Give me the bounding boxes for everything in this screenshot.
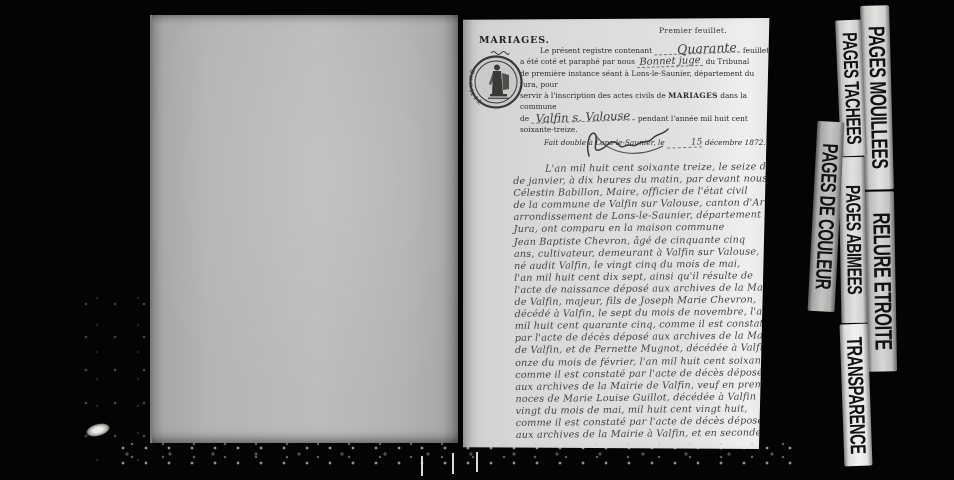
- form-text: Le présent registre contenant: [540, 46, 652, 55]
- form-text: décembre 1872.: [705, 138, 766, 147]
- scan-edge-tick: [421, 456, 423, 476]
- left-page-blank: [150, 15, 458, 443]
- form-line: Le présent registre contenant Quarante f…: [520, 45, 774, 56]
- form-text: de: [520, 114, 529, 123]
- condition-label-pages-abimees: PAGES ABIMEES: [839, 157, 868, 323]
- act-line: aux archives de la Mairie à Valfin, et e…: [516, 427, 782, 442]
- form-text: a été coté et paraphé par nous: [520, 57, 635, 66]
- condition-label-text: TRANSPARENCE: [841, 336, 870, 454]
- folio-note: Premier feuillet.: [659, 26, 727, 35]
- handwritten-fill-judge: Bonnet juge: [637, 57, 703, 68]
- condition-label-text: PAGES ABIMEES: [840, 185, 866, 295]
- right-page: Premier feuillet. MARIAGES. TIMBRE Le pr…: [463, 18, 770, 449]
- condition-label-pages-mouillees: PAGES MOUILLEES: [860, 5, 894, 190]
- timbre-stamp: TIMBRE: [469, 54, 523, 110]
- handwritten-act: L'an mil huit cent soixante treize, le s…: [513, 161, 782, 442]
- condition-label-relure-etroite: RELURE ETROITE: [865, 191, 897, 371]
- scan-noise-bottom: [118, 441, 802, 465]
- scan-edge-tick: [476, 452, 478, 472]
- scan-edge-tick: [452, 453, 454, 474]
- form-text: du Tribunal: [706, 57, 750, 66]
- scan-noise-left-margin: [80, 295, 152, 465]
- condition-label-transparence: TRANSPARENCE: [840, 324, 873, 467]
- form-text: servir à l'inscription des actes civils …: [520, 91, 666, 100]
- form-line: servir à l'inscription des actes civils …: [520, 90, 774, 113]
- form-line: a été coté et paraphé par nous Bonnet ju…: [520, 56, 774, 67]
- form-text: feuillets: [743, 46, 773, 55]
- signature-paraph: [575, 122, 675, 164]
- condition-label-text: RELURE ETROITE: [866, 213, 896, 351]
- condition-label-text: PAGES DE COULEUR: [810, 143, 843, 290]
- condition-label-pages-de-couleur: PAGES DE COULEUR: [808, 121, 845, 312]
- handwritten-fill-feuillets: Quarante: [654, 44, 740, 56]
- form-text-bold: MARIAGES: [668, 91, 718, 100]
- form-line: de première instance séant à Lons-le-Sau…: [520, 68, 774, 91]
